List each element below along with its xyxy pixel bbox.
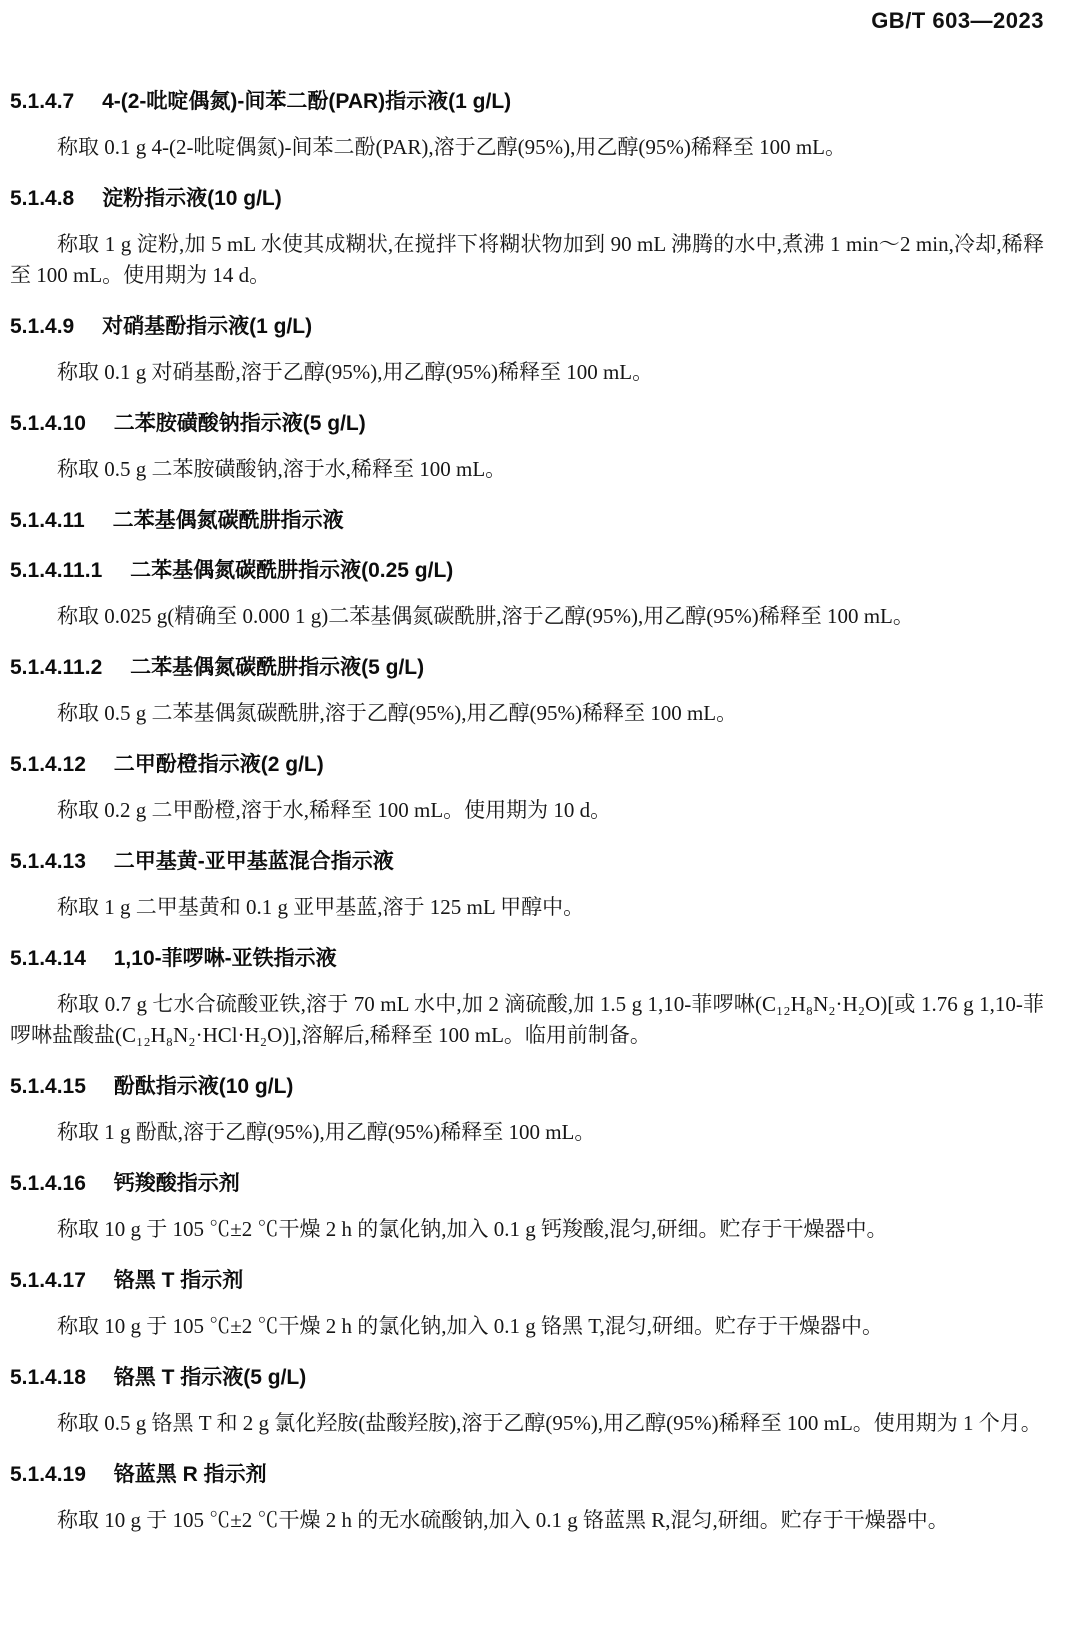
- clause-title: 钙羧酸指示剂: [114, 1172, 240, 1195]
- clause-title: 铬黑 T 指示液(5 g/L): [114, 1366, 307, 1389]
- clause-paragraph: 称取 1 g 淀粉,加 5 mL 水使其成糊状,在搅拌下将糊状物加到 90 mL…: [10, 229, 1044, 291]
- clause-section: 5.1.4.17 铬黑 T 指示剂 称取 10 g 于 105 ℃±2 ℃干燥 …: [10, 1267, 1044, 1342]
- clause-heading: 5.1.4.12 二甲酚橙指示液(2 g/L): [10, 751, 1044, 779]
- clause-paragraph: 称取 0.5 g 二苯基偶氮碳酰肼,溶于乙醇(95%),用乙醇(95%)稀释至 …: [10, 698, 1044, 729]
- clause-title: 酚酞指示液(10 g/L): [114, 1075, 294, 1098]
- clause-title: 淀粉指示液(10 g/L): [102, 187, 282, 210]
- clause-paragraph: 称取 0.5 g 二苯胺磺酸钠,溶于水,稀释至 100 mL。: [10, 454, 1044, 485]
- clause-section: 5.1.4.8 淀粉指示液(10 g/L) 称取 1 g 淀粉,加 5 mL 水…: [10, 185, 1044, 291]
- clause-heading: 5.1.4.8 淀粉指示液(10 g/L): [10, 185, 1044, 213]
- clause-title: 二苯基偶氮碳酰肼指示液(0.25 g/L): [130, 559, 453, 582]
- clause-number: 5.1.4.18: [10, 1364, 86, 1392]
- clauses-container: 5.1.4.7 4-(2-吡啶偶氮)-间苯二酚(PAR)指示液(1 g/L) 称…: [10, 88, 1044, 1536]
- clause-heading: 5.1.4.10 二苯胺磺酸钠指示液(5 g/L): [10, 410, 1044, 438]
- clause-heading: 5.1.4.7 4-(2-吡啶偶氮)-间苯二酚(PAR)指示液(1 g/L): [10, 88, 1044, 116]
- clause-section: 5.1.4.10 二苯胺磺酸钠指示液(5 g/L) 称取 0.5 g 二苯胺磺酸…: [10, 410, 1044, 485]
- clause-paragraph: 称取 1 g 二甲基黄和 0.1 g 亚甲基蓝,溶于 125 mL 甲醇中。: [10, 892, 1044, 923]
- clause-title: 二甲基黄-亚甲基蓝混合指示液: [114, 850, 394, 873]
- clause-heading: 5.1.4.13 二甲基黄-亚甲基蓝混合指示液: [10, 848, 1044, 876]
- clause-title: 二甲酚橙指示液(2 g/L): [114, 753, 324, 776]
- clause-section: 5.1.4.11.1 二苯基偶氮碳酰肼指示液(0.25 g/L) 称取 0.02…: [10, 557, 1044, 632]
- clause-heading: 5.1.4.11 二苯基偶氮碳酰肼指示液: [10, 507, 1044, 535]
- clause-paragraph: 称取 0.025 g(精确至 0.000 1 g)二苯基偶氮碳酰肼,溶于乙醇(9…: [10, 601, 1044, 632]
- clause-number: 5.1.4.13: [10, 848, 86, 876]
- clause-number: 5.1.4.9: [10, 313, 74, 341]
- clause-number: 5.1.4.8: [10, 185, 74, 213]
- clause-number: 5.1.4.16: [10, 1170, 86, 1198]
- clause-section: 5.1.4.19 铬蓝黑 R 指示剂 称取 10 g 于 105 ℃±2 ℃干燥…: [10, 1461, 1044, 1536]
- clause-number: 5.1.4.12: [10, 751, 86, 779]
- clause-title: 二苯胺磺酸钠指示液(5 g/L): [114, 412, 366, 435]
- clause-section: 5.1.4.9 对硝基酚指示液(1 g/L) 称取 0.1 g 对硝基酚,溶于乙…: [10, 313, 1044, 388]
- clause-heading: 5.1.4.18 铬黑 T 指示液(5 g/L): [10, 1364, 1044, 1392]
- clause-heading: 5.1.4.14 1,10-菲啰啉-亚铁指示液: [10, 945, 1044, 973]
- clause-number: 5.1.4.10: [10, 410, 86, 438]
- standard-number-header: GB/T 603—2023: [10, 6, 1044, 36]
- clause-title: 二苯基偶氮碳酰肼指示液(5 g/L): [130, 656, 424, 679]
- clause-paragraph: 称取 10 g 于 105 ℃±2 ℃干燥 2 h 的无水硫酸钠,加入 0.1 …: [10, 1505, 1044, 1536]
- clause-number: 5.1.4.11.2: [10, 654, 102, 682]
- clause-heading: 5.1.4.15 酚酞指示液(10 g/L): [10, 1073, 1044, 1101]
- clause-paragraph: 称取 0.7 g 七水合硫酸亚铁,溶于 70 mL 水中,加 2 滴硫酸,加 1…: [10, 989, 1044, 1051]
- clause-title: 对硝基酚指示液(1 g/L): [102, 315, 312, 338]
- clause-paragraph: 称取 0.2 g 二甲酚橙,溶于水,稀释至 100 mL。使用期为 10 d。: [10, 795, 1044, 826]
- clause-number: 5.1.4.19: [10, 1461, 86, 1489]
- clause-section: 5.1.4.11 二苯基偶氮碳酰肼指示液: [10, 507, 1044, 535]
- clause-number: 5.1.4.11: [10, 507, 85, 535]
- clause-heading: 5.1.4.16 钙羧酸指示剂: [10, 1170, 1044, 1198]
- clause-paragraph: 称取 0.5 g 铬黑 T 和 2 g 氯化羟胺(盐酸羟胺),溶于乙醇(95%)…: [10, 1408, 1044, 1439]
- clause-heading: 5.1.4.11.1 二苯基偶氮碳酰肼指示液(0.25 g/L): [10, 557, 1044, 585]
- clause-number: 5.1.4.15: [10, 1073, 86, 1101]
- clause-paragraph: 称取 1 g 酚酞,溶于乙醇(95%),用乙醇(95%)稀释至 100 mL。: [10, 1117, 1044, 1148]
- clause-section: 5.1.4.11.2 二苯基偶氮碳酰肼指示液(5 g/L) 称取 0.5 g 二…: [10, 654, 1044, 729]
- clause-section: 5.1.4.16 钙羧酸指示剂 称取 10 g 于 105 ℃±2 ℃干燥 2 …: [10, 1170, 1044, 1245]
- clause-title: 铬黑 T 指示剂: [114, 1269, 244, 1292]
- clause-title: 二苯基偶氮碳酰肼指示液: [113, 509, 344, 532]
- clause-number: 5.1.4.11.1: [10, 557, 102, 585]
- clause-section: 5.1.4.7 4-(2-吡啶偶氮)-间苯二酚(PAR)指示液(1 g/L) 称…: [10, 88, 1044, 163]
- clause-section: 5.1.4.12 二甲酚橙指示液(2 g/L) 称取 0.2 g 二甲酚橙,溶于…: [10, 751, 1044, 826]
- clause-heading: 5.1.4.19 铬蓝黑 R 指示剂: [10, 1461, 1044, 1489]
- clause-heading: 5.1.4.11.2 二苯基偶氮碳酰肼指示液(5 g/L): [10, 654, 1044, 682]
- document-page: GB/T 603—2023 5.1.4.7 4-(2-吡啶偶氮)-间苯二酚(PA…: [0, 0, 1080, 1625]
- clause-paragraph: 称取 10 g 于 105 ℃±2 ℃干燥 2 h 的氯化钠,加入 0.1 g …: [10, 1214, 1044, 1245]
- clause-heading: 5.1.4.17 铬黑 T 指示剂: [10, 1267, 1044, 1295]
- clause-heading: 5.1.4.9 对硝基酚指示液(1 g/L): [10, 313, 1044, 341]
- clause-title: 1,10-菲啰啉-亚铁指示液: [114, 947, 337, 970]
- clause-section: 5.1.4.14 1,10-菲啰啉-亚铁指示液 称取 0.7 g 七水合硫酸亚铁…: [10, 945, 1044, 1051]
- clause-section: 5.1.4.18 铬黑 T 指示液(5 g/L) 称取 0.5 g 铬黑 T 和…: [10, 1364, 1044, 1439]
- clause-number: 5.1.4.17: [10, 1267, 86, 1295]
- clause-number: 5.1.4.7: [10, 88, 74, 116]
- clause-number: 5.1.4.14: [10, 945, 86, 973]
- clause-section: 5.1.4.13 二甲基黄-亚甲基蓝混合指示液 称取 1 g 二甲基黄和 0.1…: [10, 848, 1044, 923]
- clause-paragraph: 称取 0.1 g 4-(2-吡啶偶氮)-间苯二酚(PAR),溶于乙醇(95%),…: [10, 132, 1044, 163]
- clause-title: 铬蓝黑 R 指示剂: [114, 1463, 267, 1486]
- clause-title: 4-(2-吡啶偶氮)-间苯二酚(PAR)指示液(1 g/L): [102, 90, 511, 113]
- clause-paragraph: 称取 0.1 g 对硝基酚,溶于乙醇(95%),用乙醇(95%)稀释至 100 …: [10, 357, 1044, 388]
- clause-paragraph: 称取 10 g 于 105 ℃±2 ℃干燥 2 h 的氯化钠,加入 0.1 g …: [10, 1311, 1044, 1342]
- clause-section: 5.1.4.15 酚酞指示液(10 g/L) 称取 1 g 酚酞,溶于乙醇(95…: [10, 1073, 1044, 1148]
